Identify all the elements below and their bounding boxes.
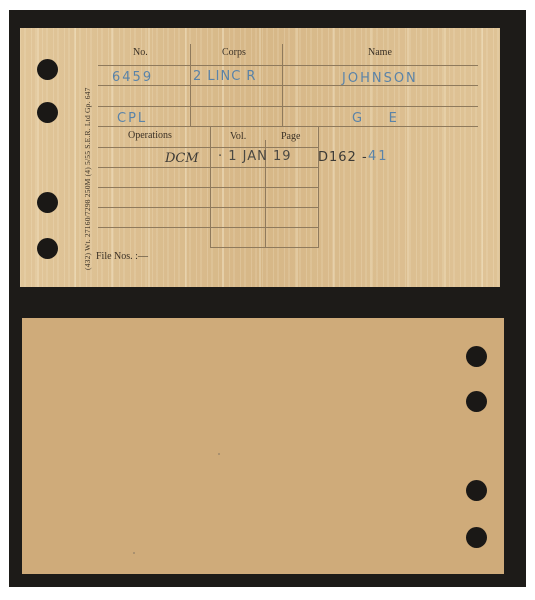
header-operations: Operations: [128, 130, 172, 141]
grid-line: [98, 207, 318, 208]
file-numbers-label: File Nos. :—: [96, 251, 148, 262]
grid-line: [98, 126, 478, 127]
punch-hole-icon: [466, 527, 487, 548]
paper-speck: [133, 552, 135, 554]
grid-line: [98, 65, 478, 66]
header-vol: Vol.: [230, 131, 246, 142]
surname-value: JOHNSON: [342, 71, 418, 86]
corps-value: 2 LINC R: [193, 69, 256, 84]
roll-reference: D162 -: [318, 150, 368, 165]
punch-hole-icon: [37, 238, 58, 259]
grid-line: [98, 147, 318, 148]
grid-line: [98, 85, 478, 86]
rank-value: CPL: [117, 111, 147, 126]
printer-imprint: (432) Wt. 27160/7298 250M (4) 5/55 S.E.R…: [83, 40, 92, 270]
grid-line: [210, 247, 319, 248]
punch-hole-icon: [466, 346, 487, 367]
grid-line: [98, 227, 318, 228]
service-number: 6459: [112, 70, 153, 85]
paper-speck: [218, 453, 220, 455]
initials-value: G E: [352, 111, 399, 126]
header-page: Page: [281, 131, 300, 142]
header-name: Name: [368, 47, 392, 58]
operations-value: DCM: [165, 151, 199, 166]
grid-divider: [318, 126, 319, 247]
grid-line: [98, 106, 478, 107]
index-card-back: [22, 318, 504, 574]
header-no: No.: [133, 47, 148, 58]
grid-line: [98, 167, 318, 168]
punch-hole-icon: [37, 102, 58, 123]
punch-hole-icon: [466, 391, 487, 412]
grid-line: [98, 187, 318, 188]
date-stamp: · 1 JAN 19: [218, 149, 292, 164]
roll-page: 41: [368, 149, 389, 164]
punch-hole-icon: [37, 192, 58, 213]
header-corps: Corps: [222, 47, 246, 58]
punch-hole-icon: [37, 59, 58, 80]
punch-hole-icon: [466, 480, 487, 501]
